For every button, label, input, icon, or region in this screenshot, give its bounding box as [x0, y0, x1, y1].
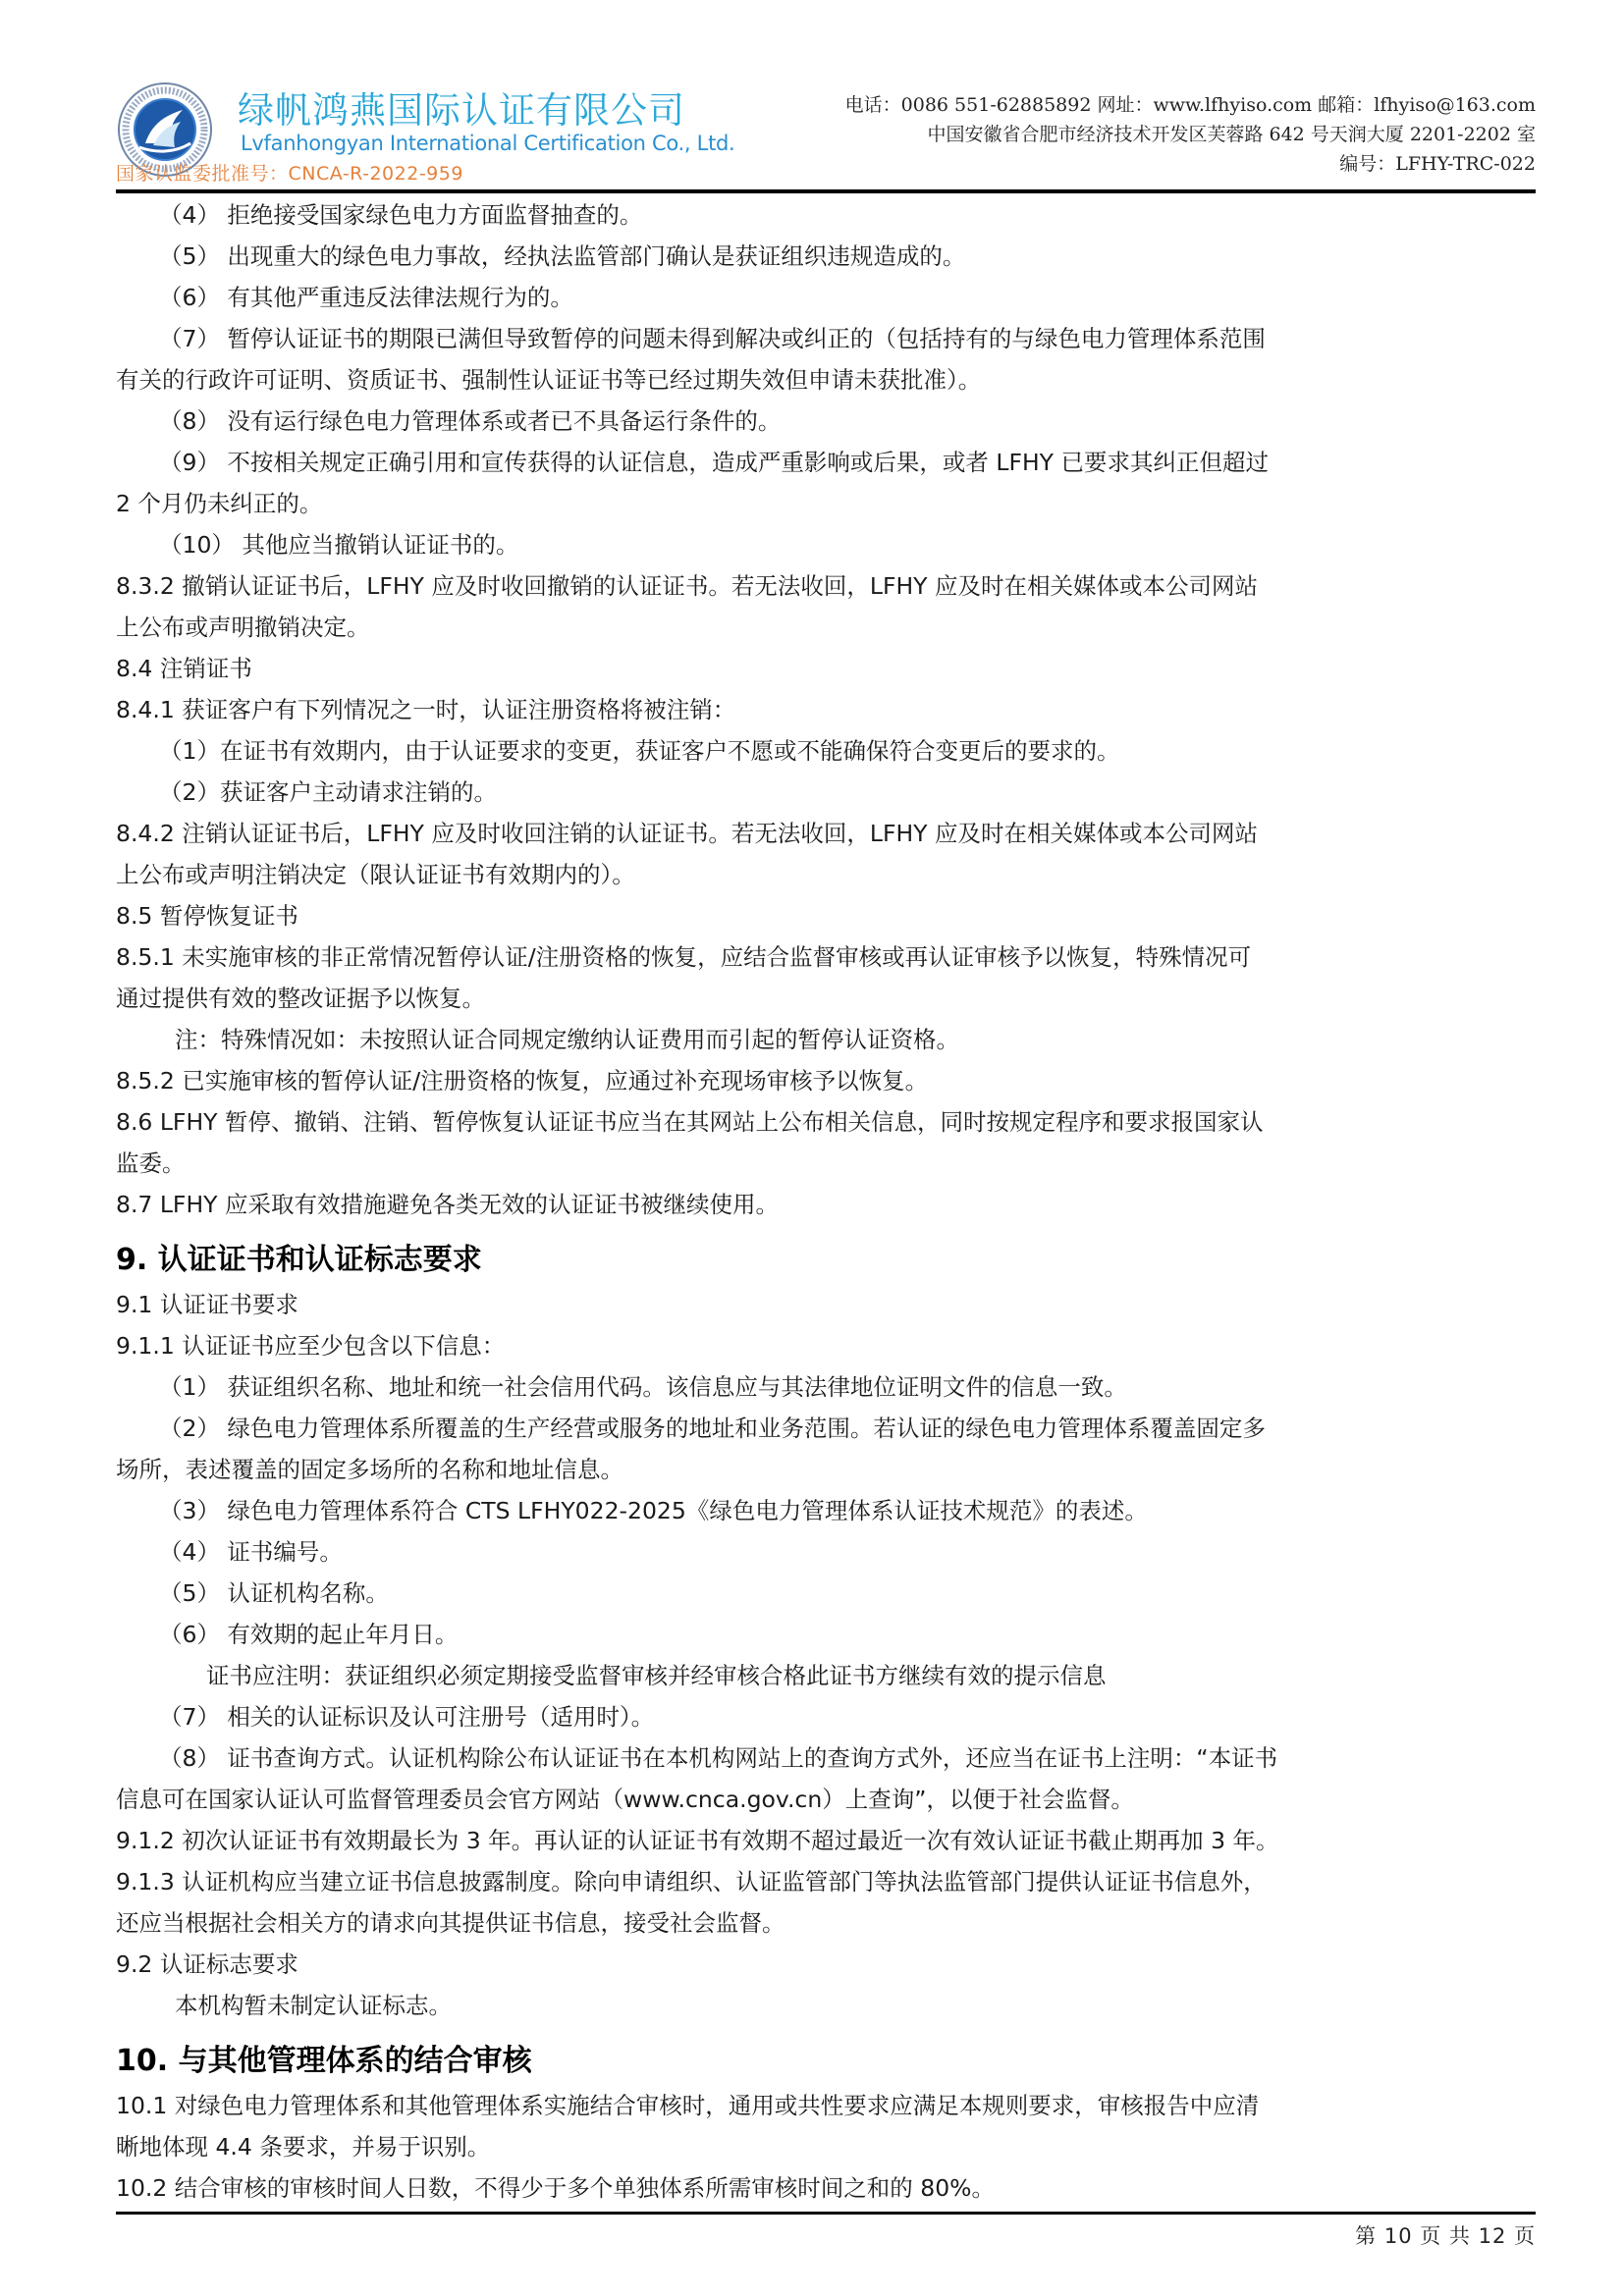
- clause-8-5-2: 8.5.2 已实施审核的暂停认证/注册资格的恢复，应通过补充现场审核予以恢复。: [116, 1060, 1536, 1101]
- clause-8-3-2: 8.3.2 撤销认证证书后，LFHY 应及时收回撤销的认证证书。若无法收回，LF…: [116, 565, 1536, 607]
- clause-text: 本机构暂未制定认证标志。: [116, 1985, 1536, 2026]
- clause-continuation: 上公布或声明注销决定（限认证证书有效期内的）。: [116, 854, 1536, 895]
- page-number: 第 10 页 共 12 页: [1355, 2220, 1536, 2250]
- document-number: 编号：LFHY-TRC-022: [845, 149, 1536, 179]
- clause-continuation: 还应当根据社会相关方的请求向其提供证书信息，接受社会监督。: [116, 1902, 1536, 1944]
- clause-8-7: 8.7 LFHY 应采取有效措施避免各类无效的认证证书被继续使用。: [116, 1184, 1536, 1225]
- clause-continuation: 上公布或声明撤销决定。: [116, 607, 1536, 648]
- address-line: 中国安徽省合肥市经济技术开发区芙蓉路 642 号天润大厦 2201-2202 室: [845, 120, 1536, 149]
- contact-line: 电话：0086 551-62885892 网址：www.lfhyiso.com …: [845, 90, 1536, 120]
- clause-9-1-1: 9.1.1 认证证书应至少包含以下信息：: [116, 1325, 1536, 1366]
- clause-continuation: 晰地体现 4.4 条要求，并易于识别。: [116, 2126, 1536, 2167]
- list-item: （6） 有其他严重违反法律法规行为的。: [116, 277, 1536, 318]
- list-item: （10） 其他应当撤销认证证书的。: [116, 524, 1536, 565]
- subheading-8-4: 8.4 注销证书: [116, 648, 1536, 689]
- list-item: （7） 相关的认证标识及认可注册号（适用时）。: [116, 1696, 1536, 1737]
- contact-block: 电话：0086 551-62885892 网址：www.lfhyiso.com …: [845, 90, 1536, 179]
- clause-9-1-3: 9.1.3 认证机构应当建立证书信息披露制度。除向申请组织、认证监管部门等执法监…: [116, 1861, 1536, 1902]
- document-page: 绿帆鸿燕国际认证有限公司 Lvfanhongyan International …: [0, 0, 1624, 2296]
- clause-continuation: 监委。: [116, 1143, 1536, 1184]
- clause-8-4-2: 8.4.2 注销认证证书后，LFHY 应及时收回注销的认证证书。若无法收回，LF…: [116, 813, 1536, 854]
- clause-8-5-1: 8.5.1 未实施审核的非正常情况暂停认证/注册资格的恢复，应结合监督审核或再认…: [116, 936, 1536, 978]
- subheading-8-5: 8.5 暂停恢复证书: [116, 895, 1536, 936]
- list-item: （5） 出现重大的绿色电力事故，经执法监管部门确认是获证组织违规造成的。: [116, 236, 1536, 277]
- list-item: （1） 获证组织名称、地址和统一社会信用代码。该信息应与其法律地位证明文件的信息…: [116, 1366, 1536, 1408]
- subheading-9-1: 9.1 认证证书要求: [116, 1284, 1536, 1325]
- clause-9-1-2: 9.1.2 初次认证证书有效期最长为 3 年。再认证的认证证书有效期不超过最近一…: [116, 1820, 1536, 1861]
- section-heading-10: 10. 与其他管理体系的结合审核: [116, 2038, 1536, 2085]
- approval-number: 国家认监委批准号：CNCA-R-2022-959: [116, 159, 463, 186]
- document-body: （4） 拒绝接受国家绿色电力方面监督抽查的。 （5） 出现重大的绿色电力事故，经…: [116, 194, 1536, 2209]
- company-name-cn: 绿帆鸿燕国际认证有限公司: [238, 80, 685, 133]
- list-item: （3） 绿色电力管理体系符合 CTS LFHY022-2025《绿色电力管理体系…: [116, 1490, 1536, 1531]
- header-divider: [116, 189, 1536, 193]
- note: 注：特殊情况如：未按照认证合同规定缴纳认证费用而引起的暂停认证资格。: [116, 1019, 1536, 1060]
- clause-10-2: 10.2 结合审核的审核时间人日数，不得少于多个单独体系所需审核时间之和的 80…: [116, 2167, 1536, 2209]
- certificate-note: 证书应注明：获证组织必须定期接受监督审核并经审核合格此证书方继续有效的提示信息: [116, 1655, 1536, 1696]
- footer-divider: [116, 2212, 1536, 2215]
- list-item: （2） 绿色电力管理体系所覆盖的生产经营或服务的地址和业务范围。若认证的绿色电力…: [116, 1408, 1536, 1449]
- list-item: （9） 不按相关规定正确引用和宣传获得的认证信息，造成严重影响或后果，或者 LF…: [116, 442, 1536, 483]
- list-item: （6） 有效期的起止年月日。: [116, 1614, 1536, 1655]
- clause-8-4-1: 8.4.1 获证客户有下列情况之一时，认证注册资格将被注销：: [116, 689, 1536, 730]
- list-item: （4） 拒绝接受国家绿色电力方面监督抽查的。: [116, 194, 1536, 236]
- list-item: （8） 没有运行绿色电力管理体系或者已不具备运行条件的。: [116, 400, 1536, 442]
- list-item-continuation: 场所，表述覆盖的固定多场所的名称和地址信息。: [116, 1449, 1536, 1490]
- company-name-en: Lvfanhongyan International Certification…: [241, 132, 734, 155]
- list-item: （2）获证客户主动请求注销的。: [116, 772, 1536, 813]
- list-item-continuation: 有关的行政许可证明、资质证书、强制性认证证书等已经过期失效但申请未获批准）。: [116, 359, 1536, 400]
- list-item: （1）在证书有效期内，由于认证要求的变更，获证客户不愿或不能确保符合变更后的要求…: [116, 730, 1536, 772]
- list-item: （7） 暂停认证证书的期限已满但导致暂停的问题未得到解决或纠正的（包括持有的与绿…: [116, 318, 1536, 359]
- subheading-9-2: 9.2 认证标志要求: [116, 1944, 1536, 1985]
- page-header: 绿帆鸿燕国际认证有限公司 Lvfanhongyan International …: [116, 77, 1536, 185]
- clause-continuation: 通过提供有效的整改证据予以恢复。: [116, 978, 1536, 1019]
- list-item-continuation: 2 个月仍未纠正的。: [116, 483, 1536, 524]
- clause-8-6: 8.6 LFHY 暂停、撤销、注销、暂停恢复认证证书应当在其网站上公布相关信息，…: [116, 1101, 1536, 1143]
- list-item: （5） 认证机构名称。: [116, 1573, 1536, 1614]
- list-item: （8） 证书查询方式。认证机构除公布认证证书在本机构网站上的查询方式外，还应当在…: [116, 1737, 1536, 1779]
- clause-10-1: 10.1 对绿色电力管理体系和其他管理体系实施结合审核时，通用或共性要求应满足本…: [116, 2085, 1536, 2126]
- list-item-continuation: 信息可在国家认证认可监督管理委员会官方网站（www.cnca.gov.cn）上查…: [116, 1779, 1536, 1820]
- list-item: （4） 证书编号。: [116, 1531, 1536, 1573]
- section-heading-9: 9. 认证证书和认证标志要求: [116, 1237, 1536, 1284]
